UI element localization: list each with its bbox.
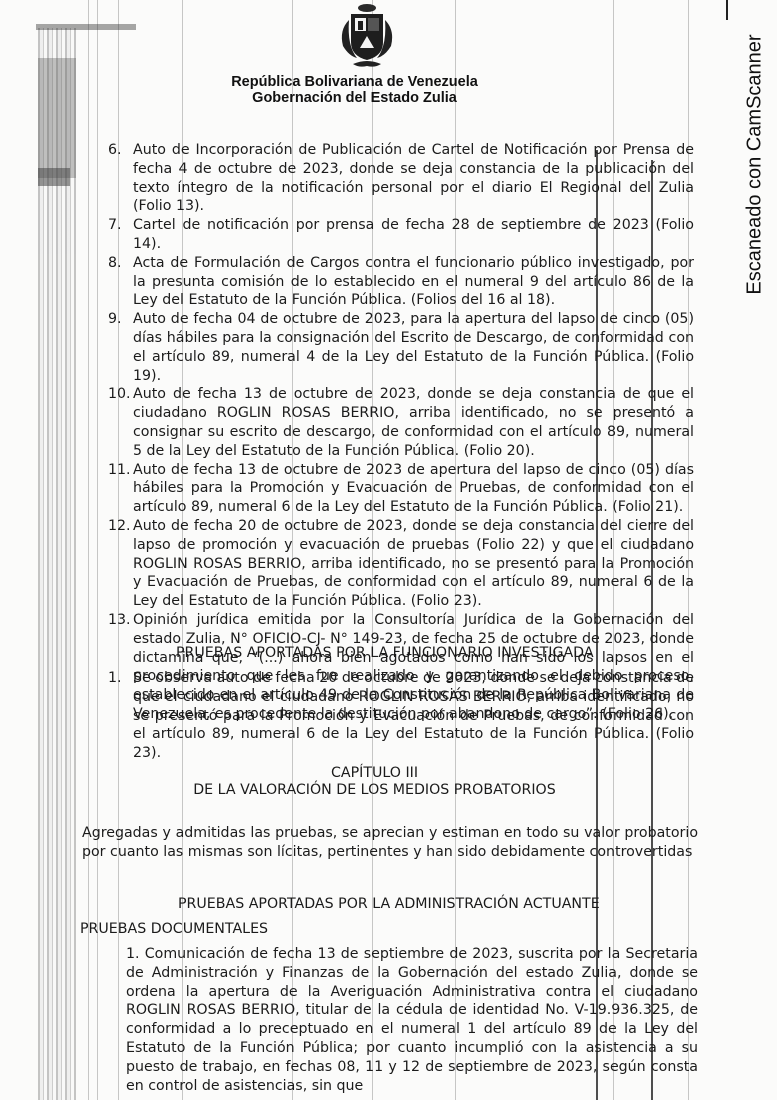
- list-item: 8.Acta de Formulación de Cargos contra e…: [108, 254, 694, 310]
- item-number: 6.: [108, 141, 122, 160]
- item-number: 8.: [108, 254, 122, 273]
- documentales-list: 1. Comunicación de fecha 13 de septiembr…: [126, 945, 698, 1095]
- chapter-paragraph: Agregadas y admitidas las pruebas, se ap…: [82, 824, 698, 862]
- document-header: República Bolivariana de Venezuela Gober…: [0, 2, 777, 106]
- list-item: 11.Auto de fecha 13 de octubre de 2023 d…: [108, 461, 694, 517]
- item-number: 1.: [108, 669, 122, 688]
- coat-of-arms-icon: [331, 2, 403, 74]
- item-text: Auto de Incorporación de Publicación de …: [133, 142, 694, 214]
- chapter-title: DE LA VALORACIÓN DE LOS MEDIOS PROBATORI…: [0, 781, 763, 799]
- investigada-list: 1.Se observa auto de fecha 20 de octubre…: [108, 669, 694, 763]
- item-number: 13.: [108, 611, 131, 630]
- header-governorate: Gobernación del Estado Zulia: [0, 90, 743, 106]
- item-text: Acta de Formulación de Cargos contra el …: [133, 255, 694, 309]
- item-text: Comunicación de fecha 13 de septiembre d…: [126, 946, 698, 1094]
- list-item: 10.Auto de fecha 13 de octubre de 2023, …: [108, 385, 694, 460]
- item-number: 9.: [108, 310, 122, 329]
- item-text: Auto de fecha 04 de octubre de 2023, par…: [133, 311, 694, 383]
- scan-left-band: [38, 28, 76, 1100]
- item-number: 11.: [108, 461, 131, 480]
- item-number: 10.: [108, 385, 131, 404]
- header-republic: República Bolivariana de Venezuela: [0, 74, 743, 90]
- item-number: 12.: [108, 517, 131, 536]
- section-subtitle: PRUEBAS DOCUMENTALES: [80, 920, 268, 938]
- item-number: 7.: [108, 216, 122, 235]
- item-text: Se observa auto de fecha 20 de octubre d…: [133, 670, 694, 761]
- chapter-label: CAPÍTULO III: [0, 764, 763, 782]
- list-item: 9.Auto de fecha 04 de octubre de 2023, p…: [108, 310, 694, 385]
- list-item: 7.Cartel de notificación por prensa de f…: [108, 216, 694, 254]
- item-text: Auto de fecha 20 de octubre de 2023, don…: [133, 518, 694, 609]
- proceedings-list: 6.Auto de Incorporación de Publicación d…: [108, 141, 694, 724]
- item-number: 1.: [126, 946, 140, 962]
- item-text: Cartel de notificación por prensa de fec…: [133, 217, 694, 252]
- section-title-administracion: PRUEBAS APORTADAS POR LA ADMINISTRACIÓN …: [178, 895, 600, 913]
- item-text: Auto de fecha 13 de octubre de 2023 de a…: [133, 462, 694, 516]
- list-item: 1.Se observa auto de fecha 20 de octubre…: [108, 669, 694, 763]
- list-item: 12.Auto de fecha 20 de octubre de 2023, …: [108, 517, 694, 611]
- list-item: 6.Auto de Incorporación de Publicación d…: [108, 141, 694, 216]
- list-item: 1. Comunicación de fecha 13 de septiembr…: [126, 945, 698, 1095]
- item-text: Auto de fecha 13 de octubre de 2023, don…: [133, 386, 694, 458]
- section-title-investigada: PRUEBAS APORTADAS POR LA FUNCIONARIO INV…: [176, 644, 594, 662]
